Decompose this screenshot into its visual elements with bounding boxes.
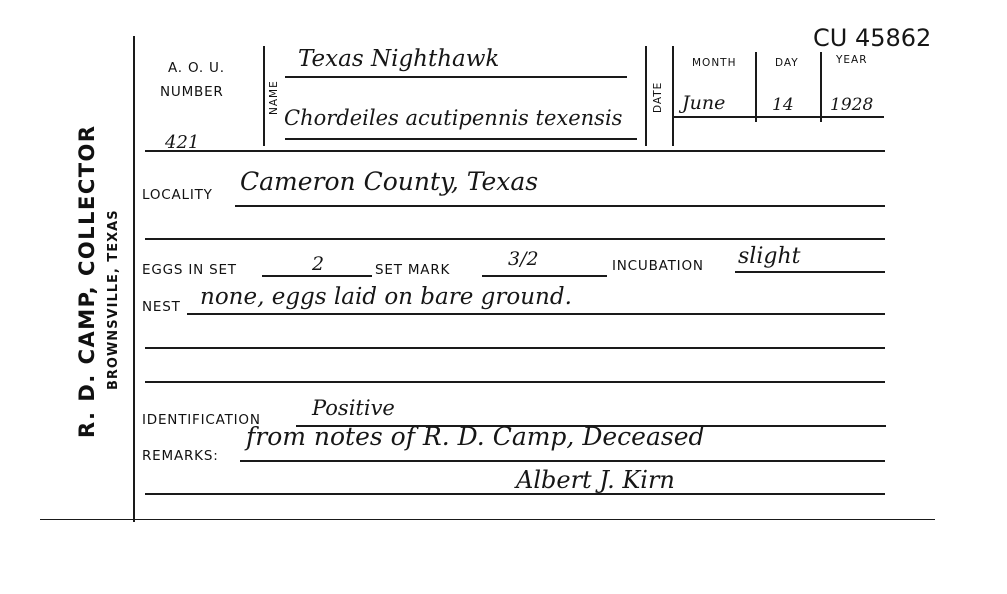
eggs-line bbox=[262, 275, 372, 277]
identification-label: IDENTIFICATION bbox=[142, 412, 261, 428]
locality-line bbox=[235, 205, 885, 207]
nest-line bbox=[187, 313, 885, 315]
remarks-value: from notes of R. D. Camp, Deceased bbox=[246, 422, 705, 451]
signature: Albert J. Kirn bbox=[516, 466, 675, 494]
incubation-value: slight bbox=[738, 244, 800, 269]
year-value: 1928 bbox=[830, 95, 873, 115]
date-label: DATE bbox=[652, 82, 664, 113]
name-label: NAME bbox=[268, 80, 280, 115]
common-name: Texas Nighthawk bbox=[298, 46, 499, 72]
blank-line-1 bbox=[145, 238, 885, 240]
date-line bbox=[672, 116, 884, 118]
collector-name: R. D. CAMP, COLLECTOR bbox=[75, 124, 99, 438]
scientific-name: Chordeiles acutipennis texensis bbox=[284, 106, 622, 130]
aou-label-2: NUMBER bbox=[160, 84, 224, 100]
scientific-name-line bbox=[285, 138, 637, 140]
remarks-line bbox=[240, 460, 885, 462]
locality-value: Cameron County, Texas bbox=[240, 167, 538, 196]
nest-label: NEST bbox=[142, 299, 181, 315]
day-year-divider bbox=[820, 52, 822, 122]
set-mark-label: SET MARK bbox=[375, 262, 450, 278]
catalog-number: CU 45862 bbox=[813, 24, 931, 52]
collector-location: BROWNSVILLE, TEXAS bbox=[106, 209, 121, 390]
incubation-line bbox=[735, 271, 885, 273]
card-bottom-border bbox=[40, 519, 935, 520]
month-day-divider bbox=[755, 52, 757, 122]
eggs-in-set-value: 2 bbox=[312, 253, 324, 275]
eggs-in-set-label: EGGS IN SET bbox=[142, 262, 237, 278]
month-label: MONTH bbox=[692, 57, 737, 69]
month-value: June bbox=[682, 92, 725, 114]
aou-label-1: A. O. U. bbox=[168, 60, 225, 76]
year-label: YEAR bbox=[836, 54, 868, 66]
remarks-label: REMARKS: bbox=[142, 448, 219, 464]
date-divider bbox=[672, 46, 674, 146]
common-name-line bbox=[285, 76, 627, 78]
day-label: DAY bbox=[775, 57, 799, 69]
identification-value: Positive bbox=[312, 396, 395, 420]
locality-label: LOCALITY bbox=[142, 187, 213, 203]
set-mark-value: 3/2 bbox=[508, 248, 539, 270]
blank-line-3 bbox=[145, 381, 885, 383]
signature-line bbox=[145, 493, 885, 495]
incubation-label: INCUBATION bbox=[612, 258, 704, 274]
set-mark-line bbox=[482, 275, 607, 277]
header-bottom-line bbox=[145, 150, 885, 152]
header-divider-2 bbox=[645, 46, 647, 146]
card-left-border bbox=[133, 36, 135, 522]
header-divider-1 bbox=[263, 46, 265, 146]
day-value: 14 bbox=[772, 95, 794, 115]
nest-value: none, eggs laid on bare ground. bbox=[200, 284, 572, 310]
blank-line-2 bbox=[145, 347, 885, 349]
